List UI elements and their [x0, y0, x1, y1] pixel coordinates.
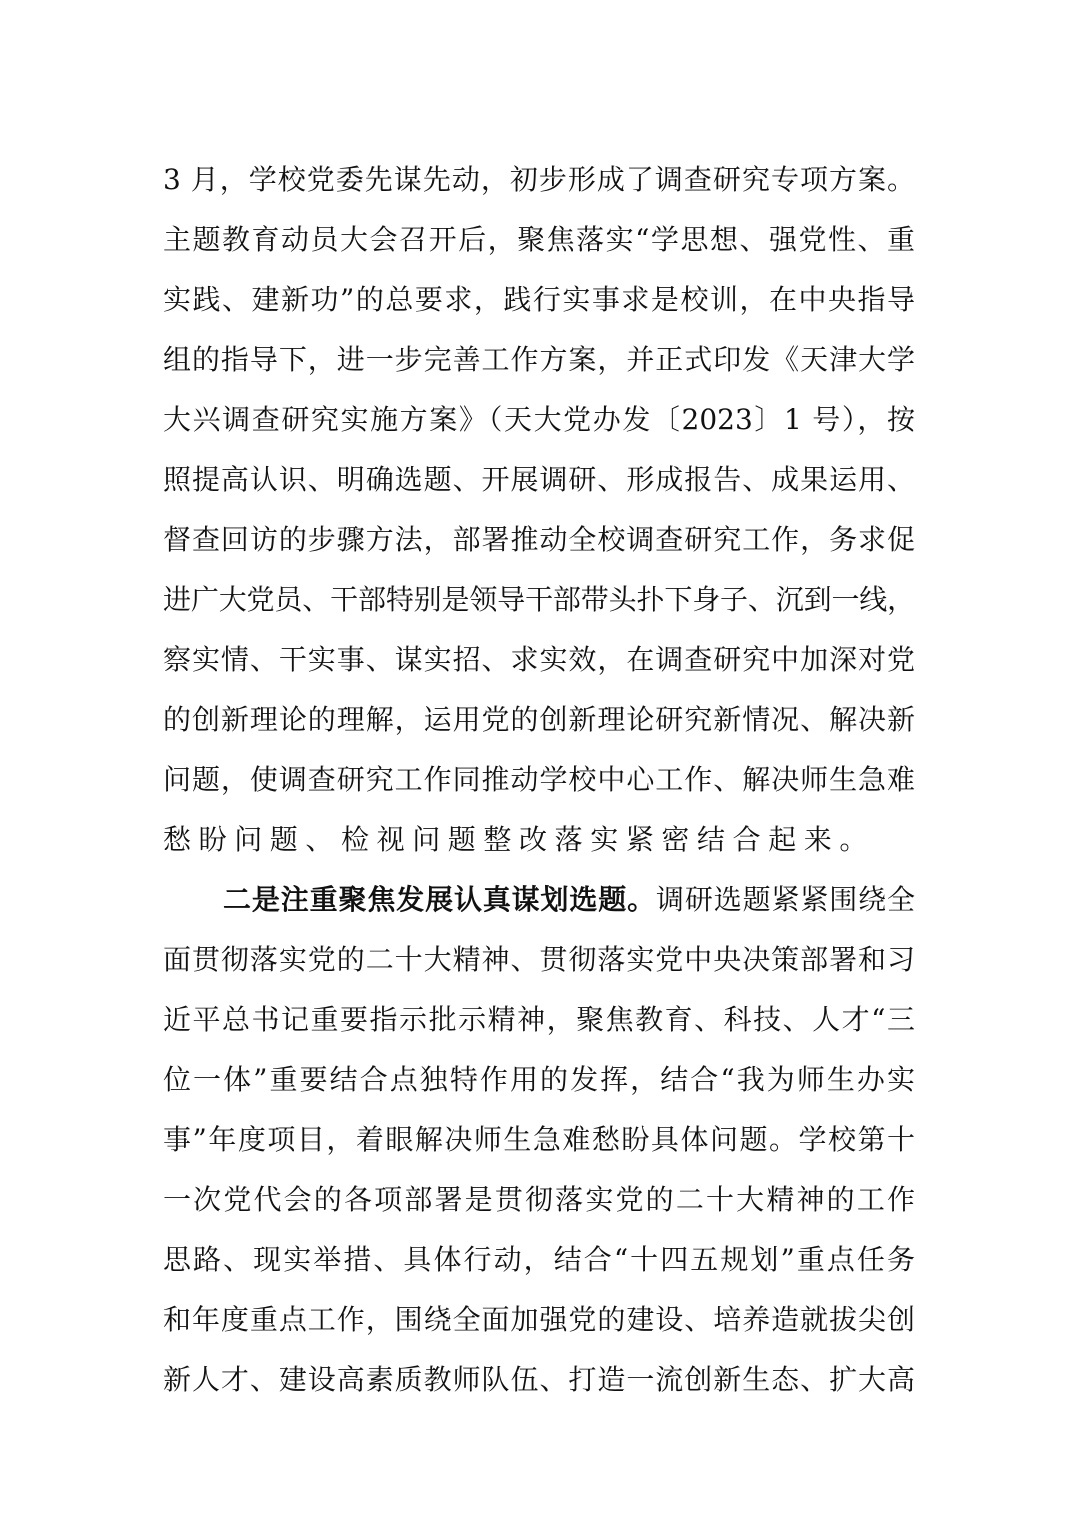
text-line: 和年度重点工作，围绕全面加强党的建设、培养造就拔尖创	[163, 1290, 915, 1350]
text-line: 大兴调查研究实施方案》（天大党办发〔2023〕1 号），按	[163, 390, 915, 450]
text-line-heading: 二是注重聚焦发展认真谋划选题。调研选题紧紧围绕全	[163, 870, 915, 930]
text-line: 问题，使调查研究工作同推动学校中心工作、解决师生急难	[163, 750, 915, 810]
text-line: 近平总书记重要指示批示精神，聚焦教育、科技、人才“三	[163, 990, 915, 1050]
text-line: 组的指导下，进一步完善工作方案，并正式印发《天津大学	[163, 330, 915, 390]
text-line: 一次党代会的各项部署是贯彻落实党的二十大精神的工作	[163, 1170, 915, 1230]
text-line: 的创新理论的理解，运用党的创新理论研究新情况、解决新	[163, 690, 915, 750]
text-line: 实践、建新功”的总要求，践行实事求是校训，在中央指导	[163, 270, 915, 330]
heading-line-rest: 调研选题紧紧围绕全	[656, 883, 915, 916]
text-line: 事”年度项目，着眼解决师生急难愁盼具体问题。学校第十	[163, 1110, 915, 1170]
text-line: 照提高认识、明确选题、开展调研、形成报告、成果运用、	[163, 450, 915, 510]
document-page: 3 月，学校党委先谋先动，初步形成了调查研究专项方案。 主题教育动员大会召开后，…	[0, 0, 1080, 1527]
paragraph-2: 二是注重聚焦发展认真谋划选题。调研选题紧紧围绕全 面贯彻落实党的二十大精神、贯彻…	[163, 870, 915, 1410]
text-line: 新人才、建设高素质教师队伍、打造一流创新生态、扩大高	[163, 1350, 915, 1410]
text-line: 面贯彻落实党的二十大精神、贯彻落实党中央决策部署和习	[163, 930, 915, 990]
text-line: 督查回访的步骤方法，部署推动全校调查研究工作，务求促	[163, 510, 915, 570]
text-line: 察实情、干实事、谋实招、求实效，在调查研究中加深对党	[163, 630, 915, 690]
text-line: 愁盼问题、检视问题整改落实紧密结合起来。	[163, 810, 915, 870]
text-line: 位一体”重要结合点独特作用的发挥，结合“我为师生办实	[163, 1050, 915, 1110]
text-line: 3 月，学校党委先谋先动，初步形成了调查研究专项方案。	[163, 150, 915, 210]
section-heading: 二是注重聚焦发展认真谋划选题。	[223, 883, 656, 916]
document-body: 3 月，学校党委先谋先动，初步形成了调查研究专项方案。 主题教育动员大会召开后，…	[163, 150, 915, 1410]
text-line: 思路、现实举措、具体行动，结合“十四五规划”重点任务	[163, 1230, 915, 1290]
text-line: 主题教育动员大会召开后，聚焦落实“学思想、强党性、重	[163, 210, 915, 270]
paragraph-1: 3 月，学校党委先谋先动，初步形成了调查研究专项方案。 主题教育动员大会召开后，…	[163, 150, 915, 870]
text-line: 进广大党员、干部特别是领导干部带头扑下身子、沉到一线，	[163, 570, 915, 630]
